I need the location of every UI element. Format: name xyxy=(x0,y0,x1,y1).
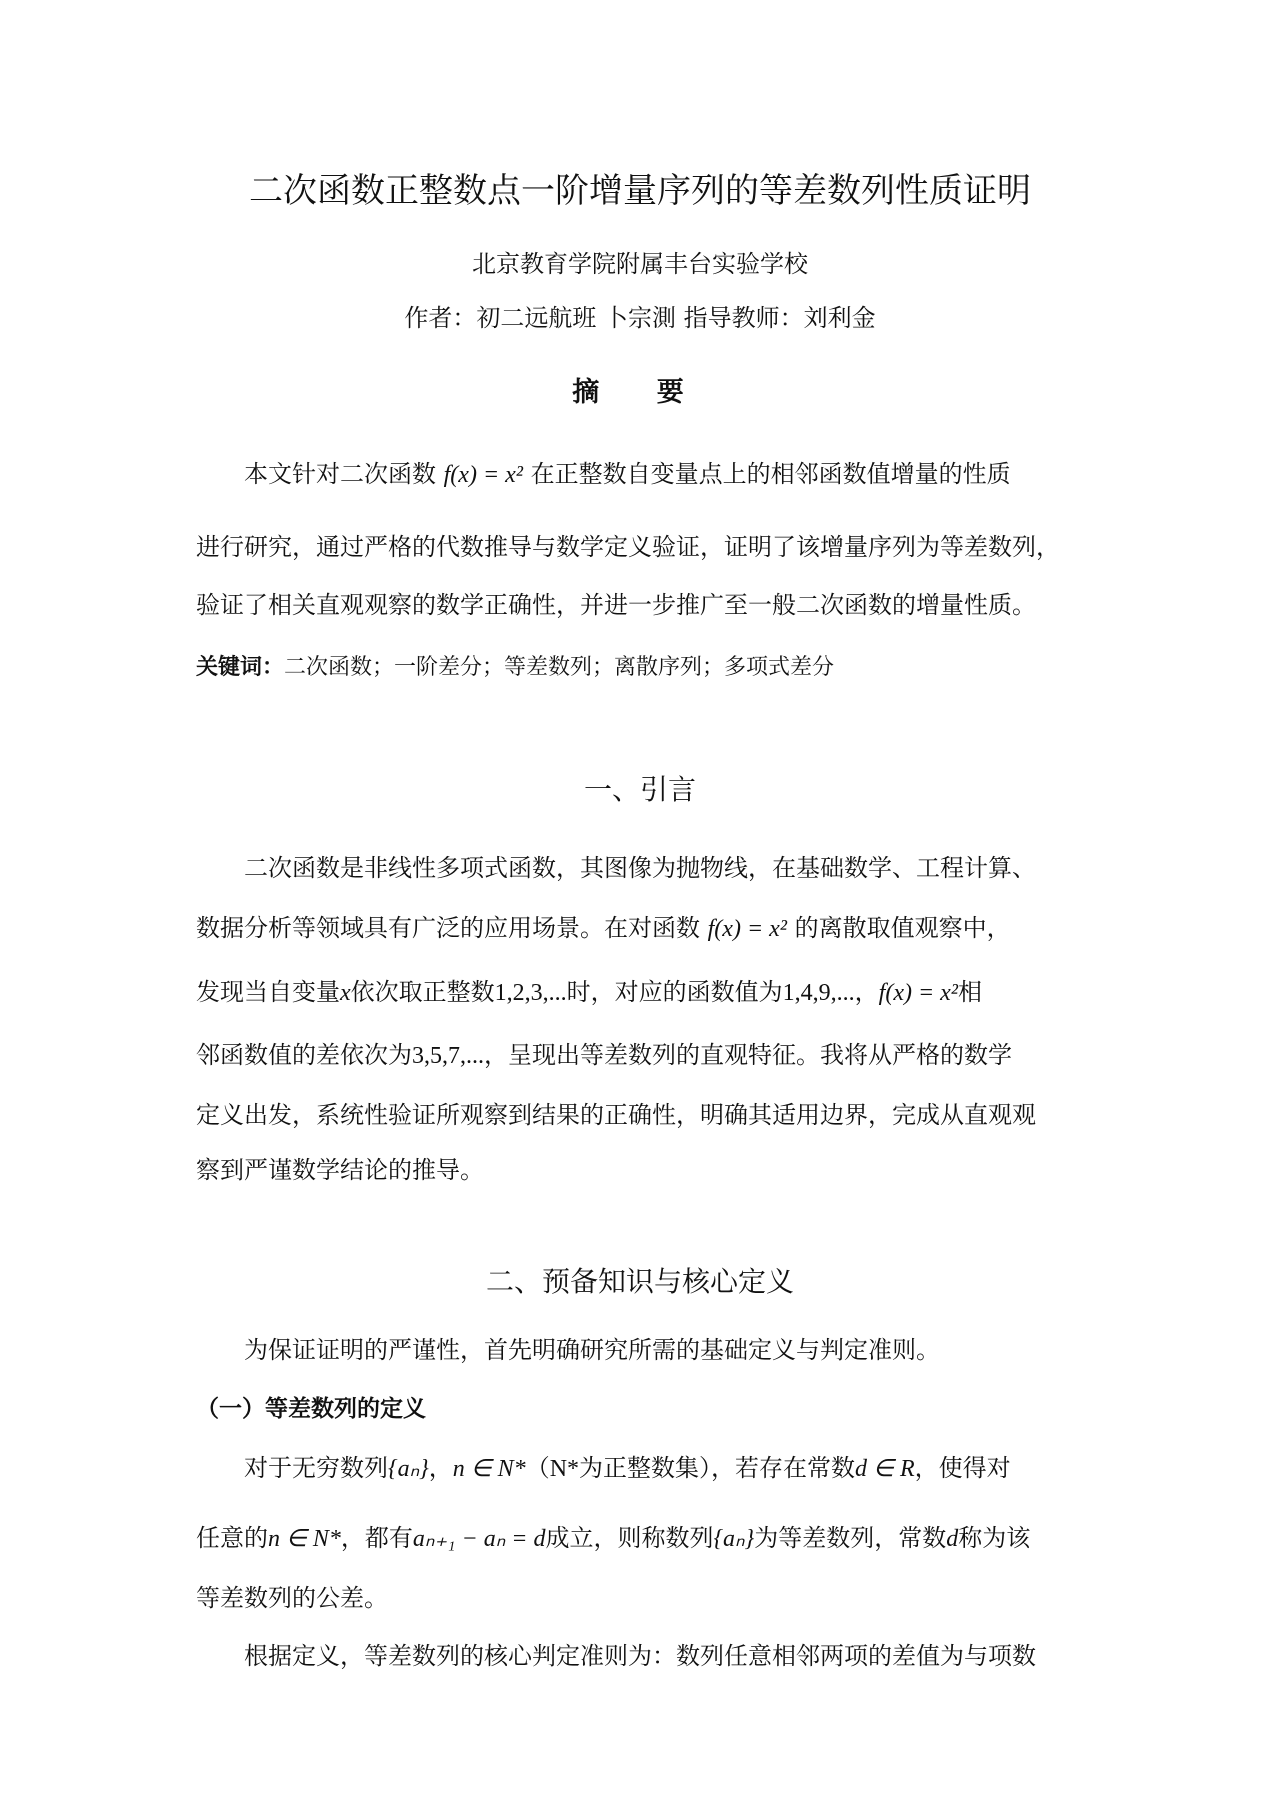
school-name: 北京教育学院附属丰台实验学校 xyxy=(0,244,1280,279)
text: （ xyxy=(526,1454,550,1482)
math-sequence: 3,5,7,... xyxy=(412,1043,484,1069)
text: 时，对应的函数值为 xyxy=(567,978,783,1006)
intro-line-3: 发现当自变量x依次取正整数1,2,3,...时，对应的函数值为1,4,9,...… xyxy=(196,972,1096,1007)
subsection-heading: （一）等差数列的定义 xyxy=(196,1390,1096,1423)
math-variable: d xyxy=(946,1526,958,1552)
text: 依次取正整数 xyxy=(351,978,495,1006)
text: 数据分析等领域具有广泛的应用场景。在对函数 xyxy=(196,914,700,942)
section-heading-prelim: 二、预备知识与核心定义 xyxy=(0,1260,1280,1300)
math-expression: aₙ₊₁ − aₙ = d xyxy=(413,1526,546,1552)
math-expression: n ∈ N* xyxy=(268,1526,341,1552)
text: 邻函数值的差依次为 xyxy=(196,1041,412,1069)
author-line: 作者：初二远航班 卜宗測 指导教师：刘利金 xyxy=(0,298,1280,333)
math-expression: f(x) = x² xyxy=(879,980,958,1006)
definition-line-2: 任意的n ∈ N*，都有aₙ₊₁ − aₙ = d成立，则称数列{aₙ}为等差数… xyxy=(196,1518,1096,1553)
math-variable: x xyxy=(340,980,351,1006)
keywords-label: 关键词： xyxy=(196,655,284,680)
text: 成立，则称数列 xyxy=(545,1524,713,1552)
math-expression: f(x) = x² xyxy=(444,462,523,488)
abstract-line-1: 本文针对二次函数 f(x) = x² 在正整数自变量点上的相邻函数值增量的性质 xyxy=(244,454,1144,489)
intro-line-2: 数据分析等领域具有广泛的应用场景。在对函数 f(x) = x² 的离散取值观察中… xyxy=(196,908,1096,943)
text: 的离散取值观察中， xyxy=(795,914,1011,942)
text: 为等差数列，常数 xyxy=(754,1524,946,1552)
text: 发现当自变量 xyxy=(196,978,340,1006)
abstract-heading: 摘 要 xyxy=(0,370,1280,409)
text: 任意的 xyxy=(196,1524,268,1552)
keywords: 二次函数；一阶差分；等差数列；离散序列；多项式差分 xyxy=(284,655,834,680)
text: ，都有 xyxy=(341,1524,413,1552)
document-page: 二次函数正整数点一阶增量序列的等差数列性质证明 北京教育学院附属丰台实验学校 作… xyxy=(0,0,1280,1810)
math-set: N* xyxy=(550,1456,579,1482)
math-sequence: {aₙ} xyxy=(388,1456,429,1482)
text: 在正整数自变量点上的相邻函数值增量的性质 xyxy=(531,460,1011,488)
intro-line-4: 邻函数值的差依次为3,5,7,...，呈现出等差数列的直观特征。我将从严格的数学 xyxy=(196,1035,1096,1070)
paper-title: 二次函数正整数点一阶增量序列的等差数列性质证明 xyxy=(0,163,1280,212)
intro-line-1: 二次函数是非线性多项式函数，其图像为抛物线，在基础数学、工程计算、 xyxy=(244,848,1144,883)
abstract-line-2: 进行研究，通过严格的代数推导与数学定义验证，证明了该增量序列为等差数列， xyxy=(196,527,1096,562)
math-sequence: 1,2,3,... xyxy=(495,980,567,1006)
math-sequence: 1,4,9,... xyxy=(783,980,855,1006)
text: 对于无穷数列 xyxy=(244,1454,388,1482)
text: ， xyxy=(429,1454,453,1482)
math-sequence: {aₙ} xyxy=(713,1526,754,1552)
text: ，呈现出等差数列的直观特征。我将从严格的数学 xyxy=(484,1041,1012,1069)
abstract-line-3: 验证了相关直观观察的数学正确性，并进一步推广至一般二次函数的增量性质。 xyxy=(196,585,1096,620)
text: 本文针对二次函数 xyxy=(244,460,436,488)
text: 相 xyxy=(958,978,982,1006)
section-heading-intro: 一、引言 xyxy=(0,768,1280,808)
definition-line-3: 等差数列的公差。 xyxy=(196,1578,1096,1613)
math-expression: n ∈ N* xyxy=(453,1456,526,1482)
text: 称为该 xyxy=(958,1524,1030,1552)
prelim-intro: 为保证证明的严谨性，首先明确研究所需的基础定义与判定准则。 xyxy=(244,1330,1144,1365)
definition-line-1: 对于无穷数列{aₙ}，n ∈ N*（N*为正整数集），若存在常数d ∈ R，使得… xyxy=(244,1448,1144,1483)
definition-line-4: 根据定义，等差数列的核心判定准则为：数列任意相邻两项的差值为与项数 xyxy=(244,1636,1144,1671)
intro-line-5: 定义出发，系统性验证所观察到结果的正确性，明确其适用边界，完成从直观观 xyxy=(196,1095,1096,1130)
text: ， xyxy=(855,978,879,1006)
keywords-line: 关键词：二次函数；一阶差分；等差数列；离散序列；多项式差分 xyxy=(196,650,1096,681)
math-expression: d ∈ R xyxy=(855,1456,915,1482)
math-expression: f(x) = x² xyxy=(708,916,787,942)
text: ，使得对 xyxy=(915,1454,1011,1482)
intro-line-6: 察到严谨数学结论的推导。 xyxy=(196,1150,1096,1185)
text: 为正整数集），若存在常数 xyxy=(579,1454,855,1482)
